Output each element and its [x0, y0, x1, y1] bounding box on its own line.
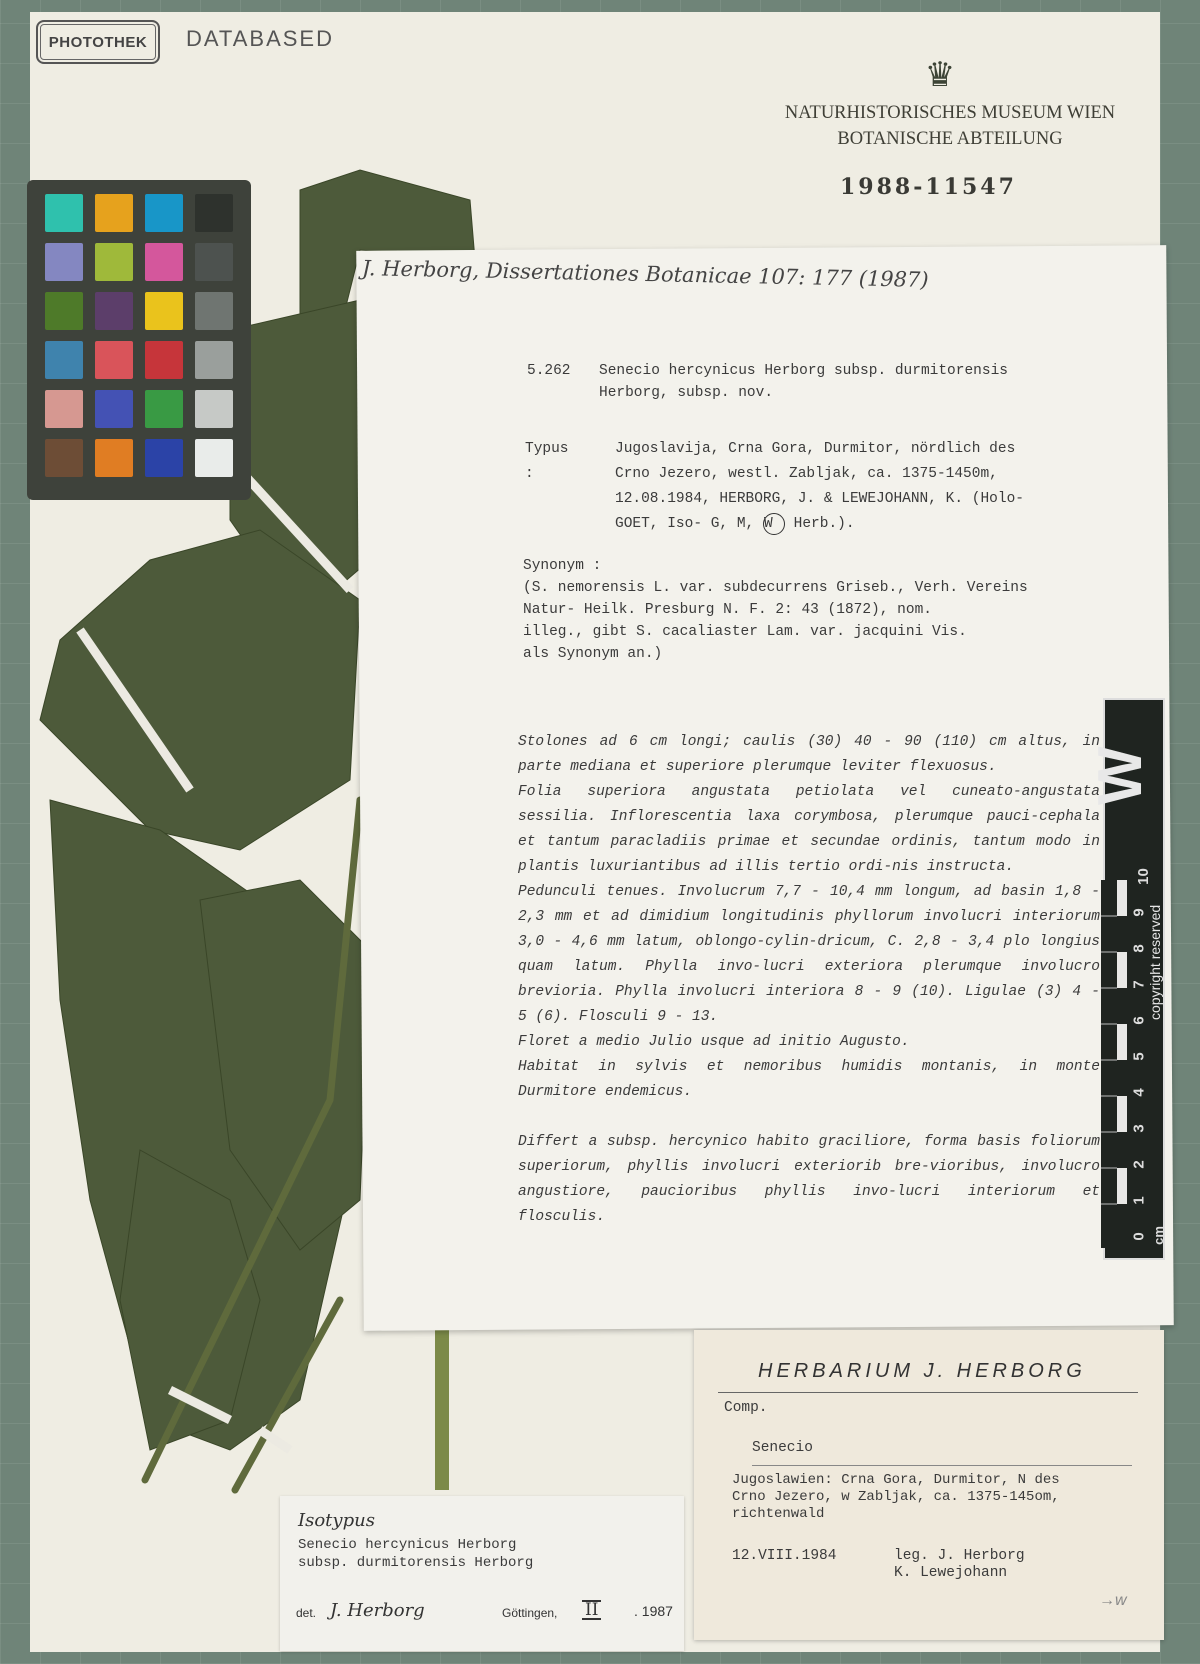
diagnosis-paragraph: Floret a medio Julio usque ad initio Aug… — [518, 1030, 1100, 1055]
divider — [752, 1465, 1132, 1466]
determiner-signature: J. Herborg — [330, 1600, 425, 1621]
scale-tick: 2 — [1131, 1160, 1148, 1168]
genus: Senecio — [752, 1440, 813, 1456]
color-swatch — [195, 439, 233, 477]
color-swatch — [45, 292, 83, 330]
scale-tick: 4 — [1131, 1088, 1148, 1096]
color-swatch — [45, 243, 83, 281]
herbarium-title: HERBARIUM J. HERBORG — [758, 1360, 1086, 1383]
color-swatch — [45, 341, 83, 379]
color-swatch — [195, 194, 233, 232]
color-swatch — [195, 243, 233, 281]
museum-department: BOTANISCHE ABTEILUNG — [740, 126, 1160, 152]
pencil-mark: →w — [1099, 1592, 1127, 1610]
accession-number: 1988-11547 — [840, 174, 1017, 200]
typus-text: Jugoslavija, Crna Gora, Durmitor, nördli… — [615, 437, 1095, 537]
collectors: leg. J. Herborg K. Lewejohann — [894, 1548, 1025, 1582]
color-swatch — [95, 194, 133, 232]
color-swatch — [195, 390, 233, 428]
scale-tick: 9 — [1131, 908, 1148, 916]
color-swatch — [95, 341, 133, 379]
color-swatch — [145, 390, 183, 428]
scale-tick: 10 — [1135, 868, 1152, 885]
scale-bar: W copyright reserved 012345678910cm — [1103, 698, 1165, 1260]
family: Comp. — [724, 1400, 768, 1416]
w-logo: W — [1096, 755, 1176, 805]
determination-month: II — [582, 1600, 601, 1620]
scale-tick: 0 — [1131, 1232, 1148, 1240]
phototek-stamp: PHOTOTHEK — [36, 20, 160, 64]
color-swatch — [195, 341, 233, 379]
taxon-name: Senecio hercynicus Herborg subsp. durmit… — [599, 360, 1069, 404]
circled-w-mark: W — [763, 513, 785, 535]
typus-text-end: Herb.). — [785, 516, 855, 532]
latin-diagnosis: Stolones ad 6 cm longi; caulis (30) 40 -… — [518, 730, 1100, 1230]
synonym-text: (S. nemorensis L. var. subdecurrens Gris… — [523, 577, 1103, 665]
color-swatch — [145, 292, 183, 330]
determination-year: . 1987 — [634, 1603, 673, 1619]
isotype-label: Isotypus Senecio hercynicus Herborg subs… — [280, 1496, 684, 1651]
scale-tick: 7 — [1131, 980, 1148, 988]
color-swatch — [95, 390, 133, 428]
museum-name: NATURHISTORISCHES MUSEUM WIEN — [740, 100, 1160, 126]
synonym-section: Synonym : (S. nemorensis L. var. subdecu… — [523, 555, 1103, 665]
taxon-number: 5.262 — [527, 360, 571, 382]
diagnosis-paragraph — [518, 1105, 1100, 1130]
color-swatch — [145, 243, 183, 281]
collection-date: 12.VIII.1984 — [732, 1548, 836, 1564]
color-swatch — [145, 439, 183, 477]
diagnosis-paragraph: Pedunculi tenues. Involucrum 7,7 - 10,4 … — [518, 880, 1100, 1030]
color-swatch — [195, 292, 233, 330]
synonym-label: Synonym : — [523, 555, 1103, 577]
isotype-title: Isotypus — [298, 1510, 375, 1531]
determination-place: Göttingen, — [502, 1606, 557, 1620]
color-swatch — [145, 194, 183, 232]
herbarium-label: HERBARIUM J. HERBORG Comp. Senecio Jugos… — [694, 1330, 1164, 1640]
color-swatch — [45, 390, 83, 428]
databased-stamp: DATABASED — [186, 26, 334, 52]
typus-label: Typus : — [525, 437, 569, 487]
diagnosis-paragraph: Folia superiora angustata petiolata vel … — [518, 780, 1100, 880]
scale-tick: 5 — [1131, 1052, 1148, 1060]
color-swatch — [145, 341, 183, 379]
scale-checker-pattern — [1101, 880, 1129, 1248]
museum-header: NATURHISTORISCHES MUSEUM WIEN BOTANISCHE… — [740, 100, 1160, 152]
scale-tick: 3 — [1131, 1124, 1148, 1132]
scale-tick: 6 — [1131, 1016, 1148, 1024]
divider — [718, 1392, 1138, 1393]
color-swatch — [45, 439, 83, 477]
scale-tick: 8 — [1131, 944, 1148, 952]
diagnosis-paragraph: Stolones ad 6 cm longi; caulis (30) 40 -… — [518, 730, 1100, 780]
isotype-taxon: Senecio hercynicus Herborg subsp. durmit… — [298, 1536, 533, 1572]
locality: Jugoslawien: Crna Gora, Durmitor, N des … — [732, 1472, 1162, 1523]
diagnosis-paragraph: Differt a subsp. hercynico habito gracil… — [518, 1130, 1100, 1230]
scale-tick: 1 — [1131, 1196, 1148, 1204]
color-swatch — [95, 439, 133, 477]
det-label: det. — [296, 1606, 316, 1620]
color-calibration-chart — [27, 180, 251, 500]
scale-unit: cm — [1151, 1226, 1166, 1245]
color-swatch — [45, 194, 83, 232]
diagnosis-paragraph: Habitat in sylvis et nemoribus humidis m… — [518, 1055, 1100, 1105]
austrian-eagle-crest-icon: ♛ — [923, 55, 957, 95]
color-swatch — [95, 292, 133, 330]
color-swatch — [95, 243, 133, 281]
